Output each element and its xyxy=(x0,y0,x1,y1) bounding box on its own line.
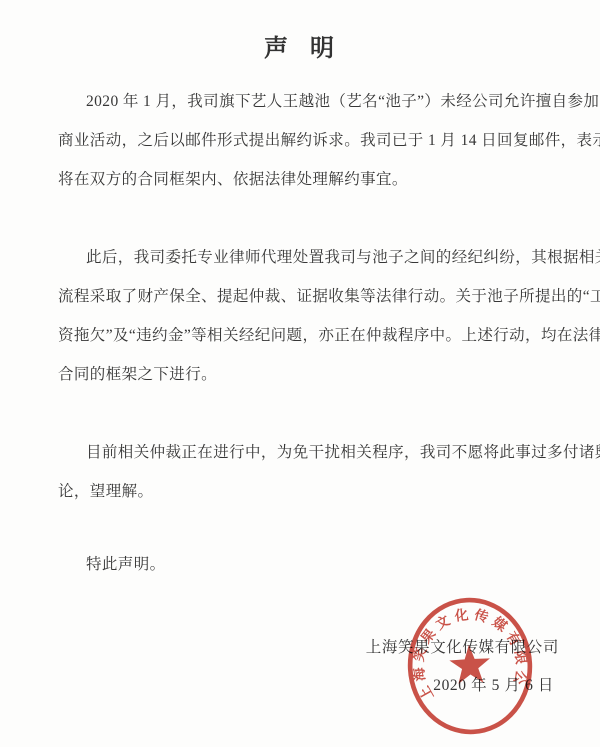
text-line: 商业活动，之后以邮件形式提出解约诉求。我司已于 1 月 14 日回复邮件，表示 xyxy=(58,121,558,160)
text-line: 2020 年 1 月，我司旗下艺人王越池（艺名“池子”）未经公司允许擅自参加 xyxy=(58,82,558,121)
text-line: 目前相关仲裁正在进行中，为免干扰相关程序，我司不愿将此事过多付诸舆 xyxy=(58,433,558,472)
text-line: 论，望理解。 xyxy=(58,472,558,511)
text-line: 合同的框架之下进行。 xyxy=(58,355,558,394)
company-signature: 上海笑果文化传媒有限公司 xyxy=(366,637,559,659)
company-seal-graphic: 上海笑果文化传媒有限公司 xyxy=(400,592,539,741)
paragraph-2: 此后，我司委托专业律师代理处置我司与池子之间的经纪纠纷，其根据相关 流程采取了财… xyxy=(58,238,558,394)
document-title: 声 明 xyxy=(0,28,600,63)
company-seal: 上海笑果文化传媒有限公司 xyxy=(400,592,539,741)
seal-ring xyxy=(407,597,533,735)
closing-statement: 特此声明。 xyxy=(58,545,558,584)
text-line: 此后，我司委托专业律师代理处置我司与池子之间的经纪纠纷，其根据相关 xyxy=(58,238,558,277)
text-line: 资拖欠”及“违约金”等相关经纪问题，亦正在仲裁程序中。上述行动，均在法律及 xyxy=(58,316,558,355)
signature-date: 2020 年 5 月 6 日 xyxy=(433,675,554,697)
paragraph-3: 目前相关仲裁正在进行中，为免干扰相关程序，我司不愿将此事过多付诸舆 论，望理解。 xyxy=(58,433,558,511)
text-line: 将在双方的合同框架内、依据法律处理解约事宜。 xyxy=(58,160,558,199)
text-line: 特此声明。 xyxy=(58,545,558,584)
text-line: 流程采取了财产保全、提起仲裁、证据收集等法律行动。关于池子所提出的“工 xyxy=(58,277,558,316)
document-page: 声 明 2020 年 1 月，我司旗下艺人王越池（艺名“池子”）未经公司允许擅自… xyxy=(0,0,600,747)
paragraph-1: 2020 年 1 月，我司旗下艺人王越池（艺名“池子”）未经公司允许擅自参加 商… xyxy=(58,82,558,199)
